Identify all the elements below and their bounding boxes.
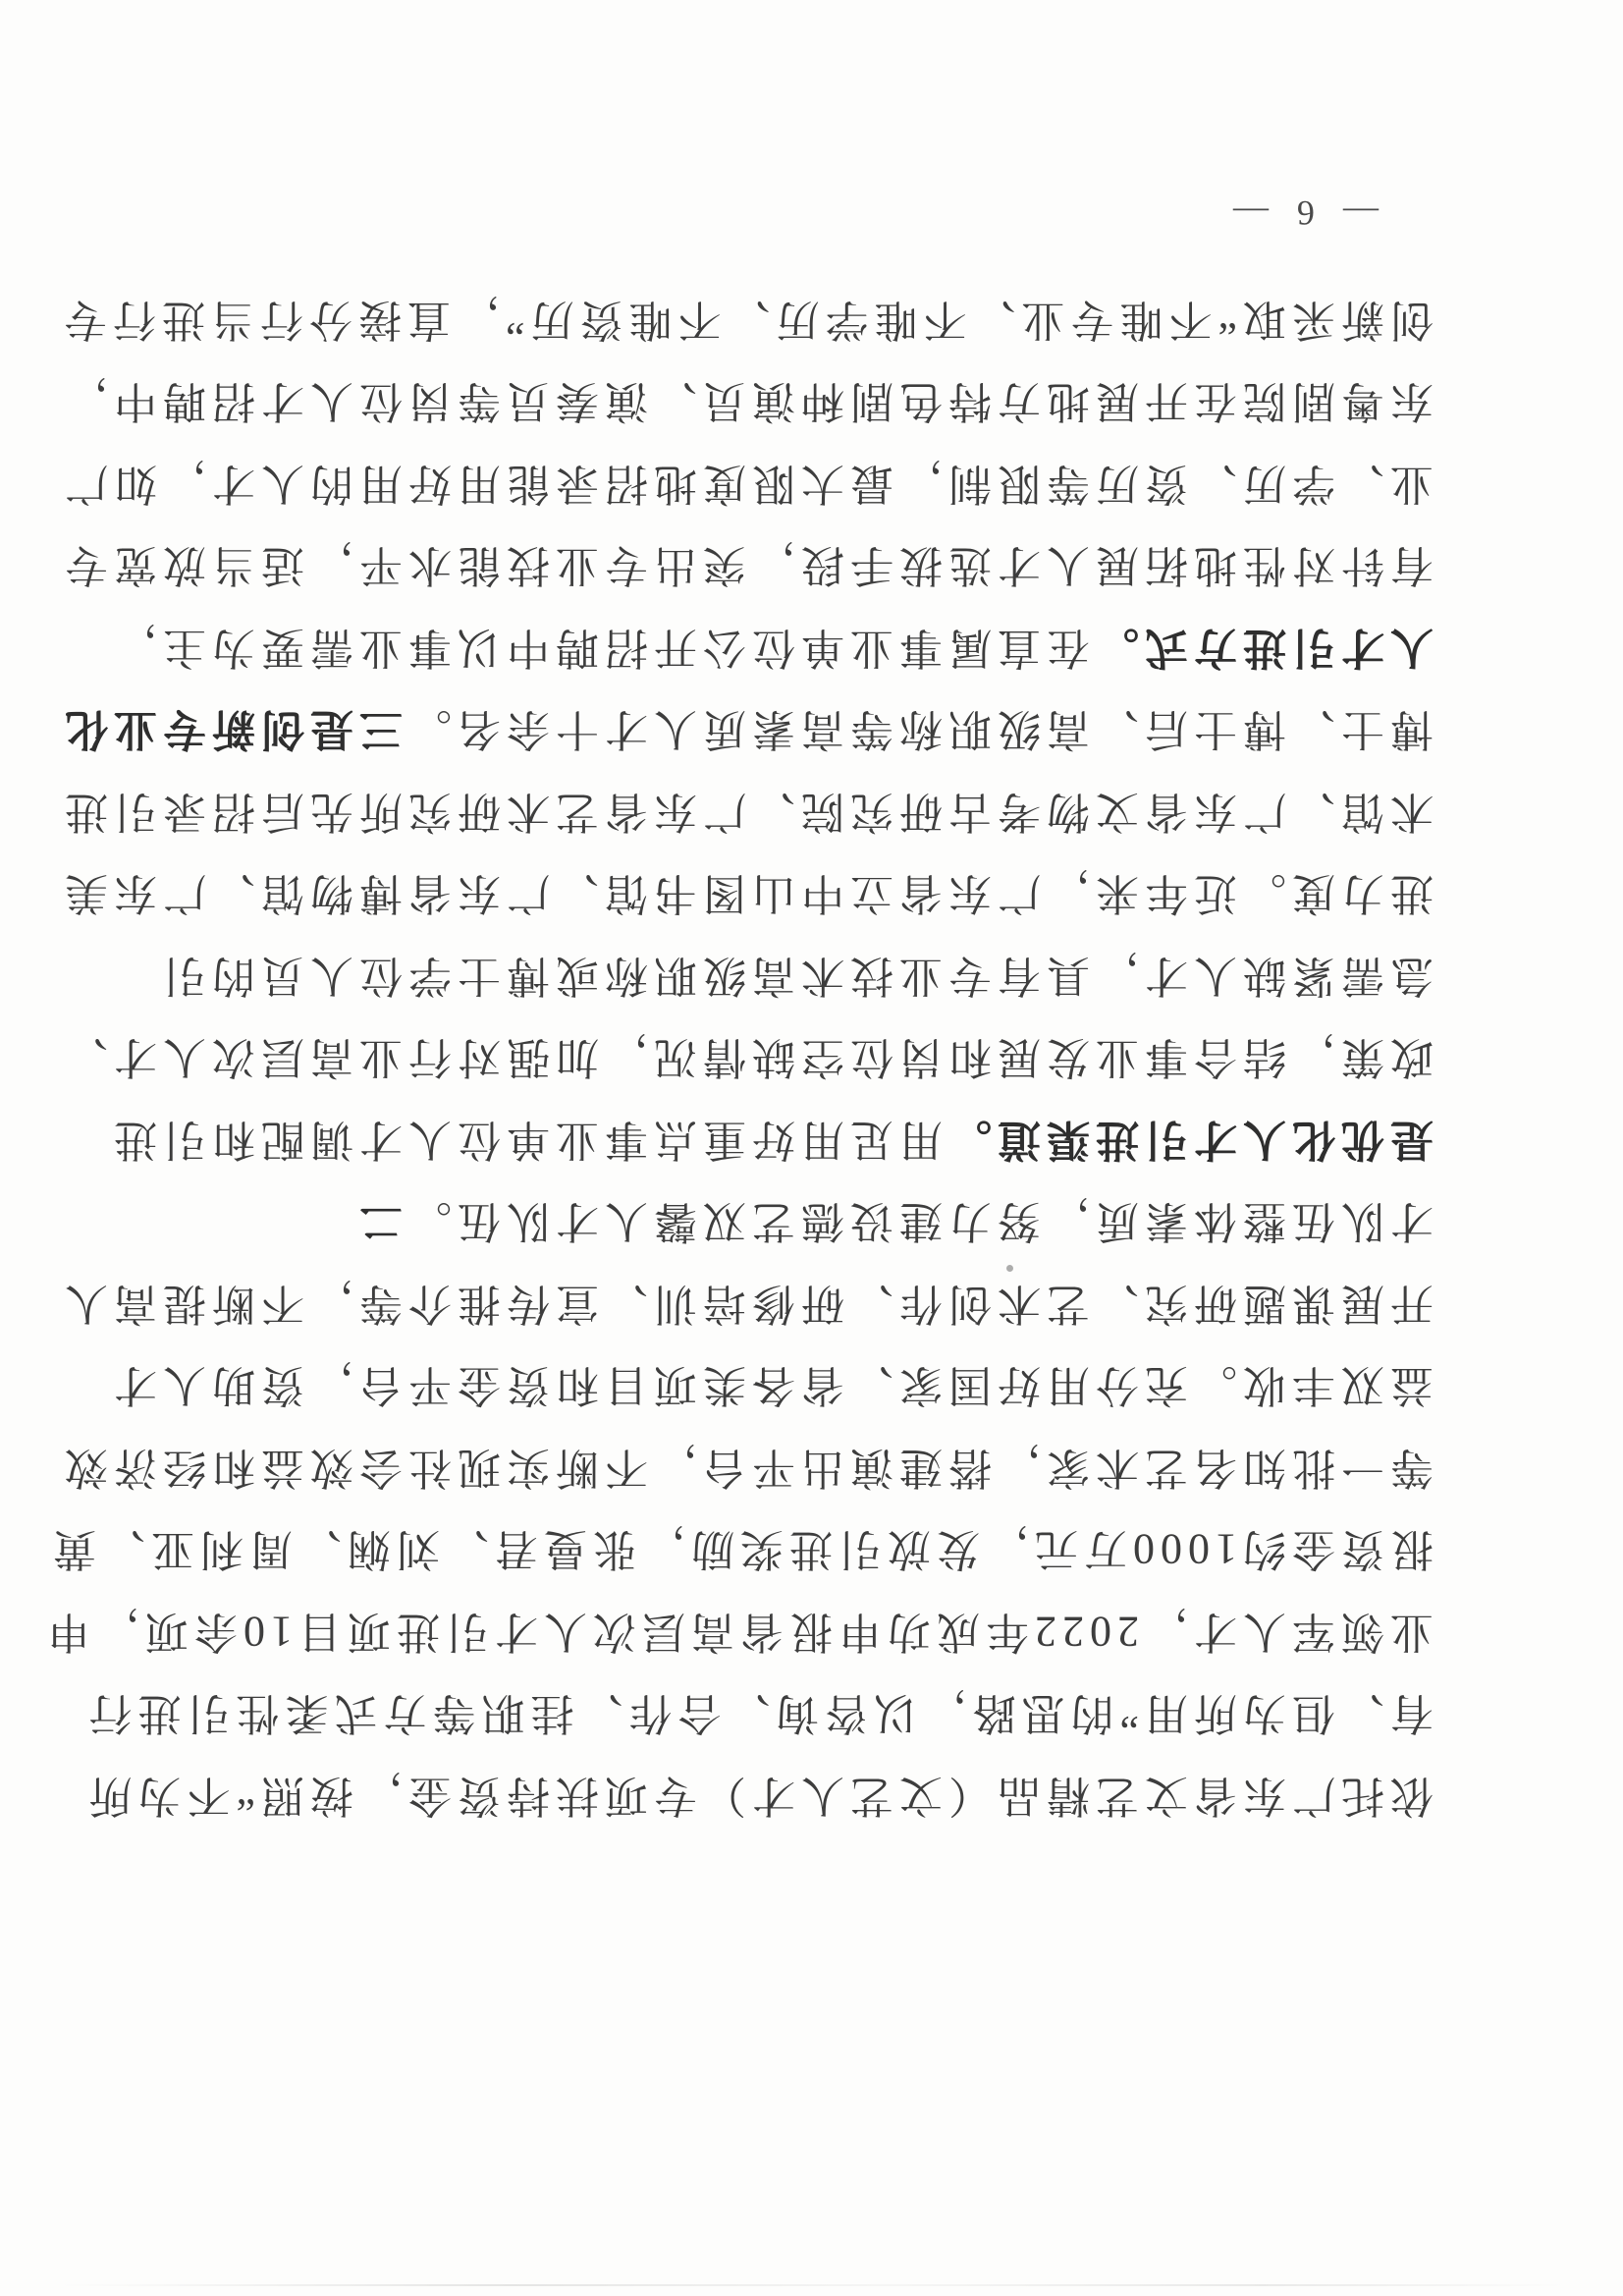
text-line: 博士、博士后、高级职称等高素质人才十余名。三是创新专业化 <box>185 688 1434 771</box>
scanner-edge-artifact <box>59 2284 1564 2286</box>
text-run: 有、但为所用”的思路，以咨询、合作、挂职等方式柔性引进行 <box>82 1690 1434 1738</box>
scan-speck <box>1006 1265 1013 1272</box>
text-run: 业、学历、资历等限制，最大限度地招录能用好用的人才，如广 <box>59 460 1434 508</box>
text-run: 东粤剧院在开展地方特色剧种演员、演奏员等岗位人才招聘中， <box>59 378 1434 426</box>
text-run: 创新采取“不唯专业、不唯学历、不唯资历”，直接分行当进行专 <box>58 296 1434 344</box>
text-line: 有、但为所用”的思路，以咨询、合作、挂职等方式柔性引进行 <box>185 1672 1434 1755</box>
text-run: 业领军人才，2022年成功申报省高层次人才引进项目10余项，申 <box>41 1608 1434 1656</box>
text-run: 报资金约1000万元，发放引进奖励，张曼君、刘娴、周利亚、黄 <box>47 1526 1434 1574</box>
text-run: 有针对性地拓展人才选拔手段，突出专业技能水平，适当放宽专 <box>59 542 1434 590</box>
text-run-bold: 三是创新专业化 <box>59 706 403 754</box>
text-line: 业领军人才，2022年成功申报省高层次人才引进项目10余项，申 <box>185 1591 1434 1673</box>
text-run: 等一批知名艺术家，搭建演出平台，不断实现社会效益和经济效 <box>59 1444 1434 1492</box>
text-run: 开展课题研究、艺术创作、研修培训、宣传推介等，不断提高人 <box>59 1280 1434 1328</box>
text-line: 人才引进方式。在直属事业单位公开招聘中以事业需要为主， <box>185 607 1434 689</box>
text-line: 政策，结合事业发展和岗位空缺情况，加强对行业高层次人才、 <box>185 1016 1434 1099</box>
text-line: 术馆、广东省文物考古研究院、广东省艺术研究所先后招录引进 <box>185 771 1434 853</box>
text-line: 进力度。近年来，广东省立中山图书馆、广东省博物馆、广东美 <box>185 852 1434 935</box>
text-run: 术馆、广东省文物考古研究院、广东省艺术研究所先后招录引进 <box>59 788 1434 836</box>
text-line: 依托广东省文艺精品（文艺人才）专项扶持资金，按照“不为所 <box>185 1755 1434 1837</box>
text-line: 东粤剧院在开展地方特色剧种演员、演奏员等岗位人才招聘中， <box>185 360 1434 443</box>
text-run: 依托广东省文艺精品（文艺人才）专项扶持资金，按照“不为所 <box>82 1772 1434 1820</box>
text-line: 才队伍整体素质，努力建设德艺双馨人才队伍。二 <box>185 1180 1434 1263</box>
text-run-bold: 人才引进方式。 <box>1090 624 1434 672</box>
page-number: — 6 — <box>1198 191 1404 236</box>
text-line: 是优化人才引进渠道。用足用好重点事业单位人才调配和引进 <box>185 1099 1434 1181</box>
text-run: 在直属事业单位公开招聘中以事业需要为主， <box>108 624 1090 672</box>
screenshot-viewport: 依托广东省文艺精品（文艺人才）专项扶持资金，按照“不为所有、但为所用”的思路，以… <box>0 0 1623 2296</box>
text-run: 进力度。近年来，广东省立中山图书馆、广东省博物馆、广东美 <box>59 870 1434 918</box>
text-line: 报资金约1000万元，发放引进奖励，张曼君、刘娴、周利亚、黄 <box>185 1508 1434 1591</box>
text-line: 益双丰收。充分用好国家、省各类项目和资金平台，资助人才 <box>185 1344 1434 1427</box>
document-text-block: 依托广东省文艺精品（文艺人才）专项扶持资金，按照“不为所有、但为所用”的思路，以… <box>185 279 1434 1837</box>
text-line: 等一批知名艺术家，搭建演出平台，不断实现社会效益和经济效 <box>185 1427 1434 1509</box>
text-line: 业、学历、资历等限制，最大限度地招录能用好用的人才，如广 <box>185 443 1434 525</box>
text-run-bold: 是优化人才引进渠道。 <box>943 1116 1434 1164</box>
scanned-page-rotated-180: 依托广东省文艺精品（文艺人才）专项扶持资金，按照“不为所有、但为所用”的思路，以… <box>0 0 1623 2296</box>
text-line: 有针对性地拓展人才选拔手段，突出专业技能水平，适当放宽专 <box>185 524 1434 607</box>
text-run: 博士、博士后、高级职称等高素质人才十余名。 <box>403 706 1434 754</box>
text-run: 用足用好重点事业单位人才调配和引进 <box>108 1116 943 1164</box>
text-run: 益双丰收。充分用好国家、省各类项目和资金平台，资助人才 <box>108 1362 1434 1410</box>
text-line: 创新采取“不唯专业、不唯学历、不唯资历”，直接分行当进行专 <box>185 279 1434 361</box>
text-line: 急需紧缺人才，具有专业技术高级职称或博士学位人员的引 <box>185 935 1434 1017</box>
text-line: 开展课题研究、艺术创作、研修培训、宣传推介等，不断提高人 <box>185 1263 1434 1345</box>
text-run: 才队伍整体素质，努力建设德艺双馨人才队伍。 <box>403 1198 1434 1246</box>
text-run: 急需紧缺人才，具有专业技术高级职称或博士学位人员的引 <box>157 952 1434 1000</box>
text-run: 政策，结合事业发展和岗位空缺情况，加强对行业高层次人才、 <box>59 1034 1434 1082</box>
text-run-bold: 二 <box>353 1198 403 1246</box>
